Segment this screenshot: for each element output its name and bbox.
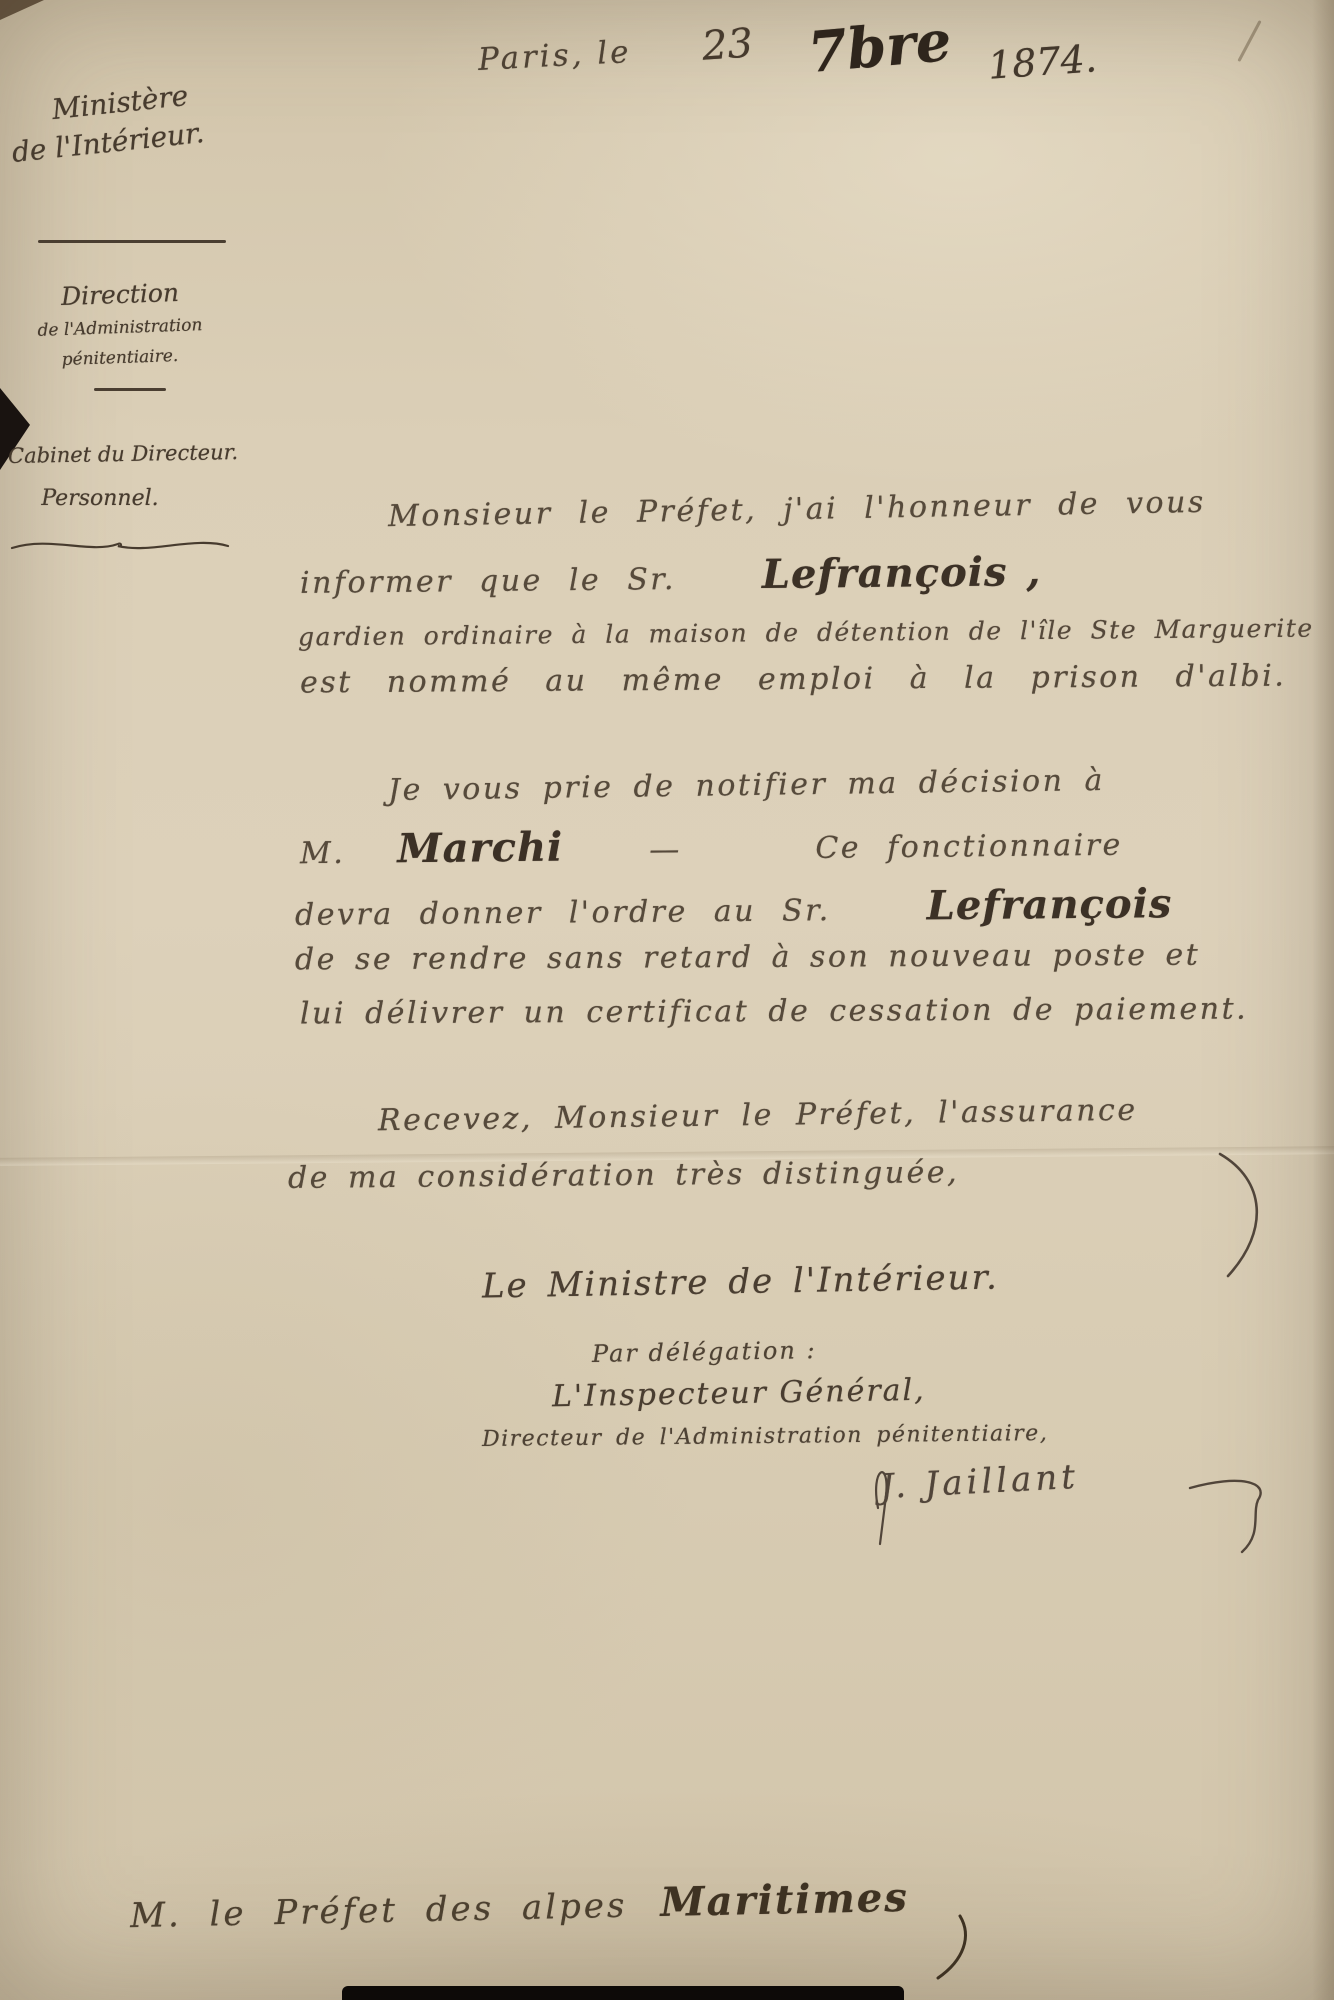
dateline-month: 7bre xyxy=(805,8,953,86)
body-p2-line3: devra donner l'ordre au Sr. Lefrançois xyxy=(295,880,1173,935)
dateline-place: Paris, le xyxy=(477,34,632,78)
footer-address-pre: M. le Préfet des alpes xyxy=(130,1886,628,1936)
footer-address-emph: Maritimes xyxy=(660,1874,909,1926)
signature-minister-title: Le Ministre de l'Intérieur. xyxy=(482,1257,999,1306)
person-name-lefrancois-2: Lefrançois xyxy=(927,880,1173,929)
letterhead-divider-1 xyxy=(38,240,226,243)
body-p2-line1: Je vous prie de notifier ma décision à xyxy=(388,763,1105,808)
em-dash: — xyxy=(649,832,679,867)
body-p2-line2-pre: M. xyxy=(300,836,346,871)
letterhead-direction-line3: pénitentiaire. xyxy=(0,344,240,372)
signature-flourish xyxy=(860,1448,1280,1558)
document-page: Paris, le 23 7bre 1874. Ministère de l'I… xyxy=(0,0,1334,2000)
body-p1-line1: Monsieur le Préfet, j'ai l'honneur de vo… xyxy=(388,485,1206,534)
body-p2-line2-post: Ce fonctionnaire xyxy=(815,828,1123,866)
fold-crease-top-right xyxy=(1237,20,1261,62)
letterhead-flourish xyxy=(10,530,230,560)
letterhead-direction-line1: Direction xyxy=(0,276,240,313)
signature-paraph xyxy=(1210,1150,1280,1280)
person-name-marchi: Marchi xyxy=(397,824,563,873)
footer-address: M. le Préfet des alpes Maritimes xyxy=(130,1874,910,1937)
footer-flourish xyxy=(920,1912,980,1982)
body-p1-line2: informer que le Sr. Lefrançois , xyxy=(300,548,1042,603)
right-edge-shadow xyxy=(1312,0,1334,2000)
dateline-year: 1874. xyxy=(987,36,1099,87)
letterhead-direction-line2: de l'Administration xyxy=(0,314,240,342)
body-p1-line2-pre: informer que le Sr. xyxy=(300,562,676,601)
body-p3-line2: de ma considération très distinguée, xyxy=(288,1155,959,1196)
scan-artifact-bottom-band xyxy=(342,1986,904,2000)
signature-delegation: Par délégation : xyxy=(592,1336,817,1368)
person-name-lefrancois: Lefrançois , xyxy=(762,548,1042,598)
body-p2-line5: lui délivrer un certificat de cessation … xyxy=(300,992,1248,1032)
body-p2-line3-pre: devra donner l'ordre au Sr. xyxy=(295,893,831,933)
letterhead-divider-2 xyxy=(94,388,166,391)
body-p3-line1: Recevez, Monsieur le Préfet, l'assurance xyxy=(378,1093,1138,1139)
body-p2-line4: de se rendre sans retard à son nouveau p… xyxy=(295,938,1200,978)
dateline-day: 23 xyxy=(700,20,754,69)
body-p1-line4: est nommé au même emploi à la prison d'a… xyxy=(300,659,1287,701)
signature-inspector-title: L'Inspecteur Général, xyxy=(552,1373,926,1415)
letterhead-service: Personnel. xyxy=(0,486,220,511)
body-p1-line3: gardien ordinaire à la maison de détenti… xyxy=(298,614,1314,652)
letterhead-cabinet: Cabinet du Directeur. xyxy=(8,440,238,468)
scan-artifact-top-left-corner xyxy=(0,0,44,20)
body-p2-line2: M. Marchi — Ce fonctionnaire xyxy=(300,818,1123,874)
